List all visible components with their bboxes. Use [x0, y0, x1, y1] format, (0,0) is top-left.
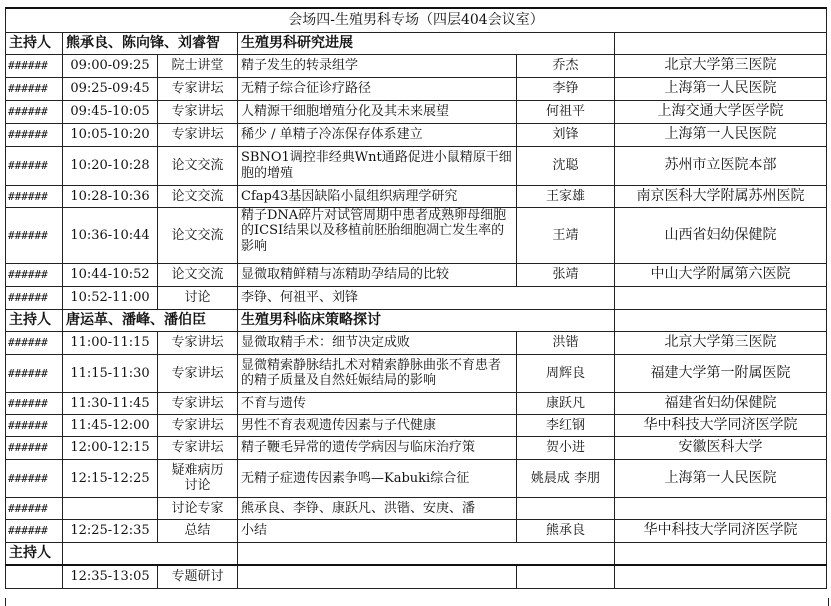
empty-cell[interactable]	[615, 32, 827, 54]
institution-cell[interactable]: 华中科技大学同济医学院	[615, 414, 827, 436]
type-cell[interactable]: 专家讲坛	[158, 100, 238, 123]
date-cell[interactable]: ######	[6, 331, 63, 354]
date-cell[interactable]: ######	[6, 436, 63, 459]
session-topic[interactable]	[238, 542, 615, 565]
time-cell[interactable]: 11:15-11:30	[63, 354, 158, 392]
schedule-table: 会场四-生殖男科专场（四层404会议室） 主持人 熊承良、陈向锋、刘睿智 生殖男…	[5, 7, 827, 589]
host-row: 主持人 熊承良、陈向锋、刘睿智 生殖男科研究进展	[6, 32, 827, 54]
table-row: ###### 12:25-12:35 总结 小结 熊承良 华中科技大学同济医学院	[6, 519, 827, 542]
title-row: 会场四-生殖男科专场（四层404会议室）	[6, 8, 827, 32]
type-cell[interactable]: 专家讲坛	[158, 392, 238, 414]
table-row: ###### 10:44-10:52 论文交流 显微取精鲜精与冻精助孕结局的比较…	[6, 263, 827, 286]
type-cell[interactable]: 论文交流	[158, 207, 238, 263]
time-cell[interactable]: 10:36-10:44	[63, 207, 158, 263]
empty-cell[interactable]	[615, 309, 827, 331]
table-row: ###### 09:00-09:25 院士讲堂 精子发生的转录组学 乔杰 北京大…	[6, 54, 827, 77]
date-cell[interactable]: ######	[6, 414, 63, 436]
type-cell[interactable]: 院士讲堂	[158, 54, 238, 77]
date-cell[interactable]: ######	[6, 100, 63, 123]
institution-cell[interactable]: 上海第一人民医院	[615, 123, 827, 146]
institution-cell[interactable]: 苏州市立医院本部	[615, 146, 827, 185]
title-cell[interactable]: 显微取精鲜精与冻精助孕结局的比较	[238, 263, 517, 286]
type-cell[interactable]: 疑难病历讨论	[158, 459, 238, 497]
type-cell[interactable]: 专家讲坛	[158, 414, 238, 436]
type-cell[interactable]: 论文交流	[158, 263, 238, 286]
title-cell[interactable]: SBNO1调控非经典Wnt通路促进小鼠精原干细胞的增殖	[238, 146, 517, 185]
title-cell[interactable]: 稀少 / 单精子冷冻保存体系建立	[238, 123, 517, 146]
institution-cell[interactable]: 上海第一人民医院	[615, 77, 827, 100]
speaker-cell[interactable]: 李铮	[517, 77, 615, 100]
speaker-cell[interactable]: 王靖	[517, 207, 615, 263]
date-cell[interactable]: ######	[6, 207, 63, 263]
host-label[interactable]: 主持人	[6, 32, 63, 54]
empty-cell[interactable]	[615, 542, 827, 565]
type-cell[interactable]: 总结	[158, 519, 238, 542]
institution-cell[interactable]: 山西省妇幼保健院	[615, 207, 827, 263]
sheet-continuation	[5, 598, 829, 606]
time-cell[interactable]: 12:25-12:35	[63, 519, 158, 542]
title-cell[interactable]: 人精源干细胞增殖分化及其未来展望	[238, 100, 517, 123]
date-cell[interactable]: ######	[6, 263, 63, 286]
venue-title[interactable]: 会场四-生殖男科专场（四层404会议室）	[6, 8, 827, 32]
time-cell[interactable]: 10:20-10:28	[63, 146, 158, 185]
type-cell[interactable]: 专题研讨	[158, 565, 238, 588]
title-cell[interactable]: 精子鞭毛异常的遗传学病因与临床治疗策	[238, 436, 517, 459]
institution-cell[interactable]: 福建省妇幼保健院	[615, 392, 827, 414]
table-row: ###### 12:00-12:15 专家讲坛 精子鞭毛异常的遗传学病因与临床治…	[6, 436, 827, 459]
institution-cell[interactable]: 上海交通大学医学院	[615, 100, 827, 123]
date-cell[interactable]: ######	[6, 392, 63, 414]
time-cell[interactable]: 11:30-11:45	[63, 392, 158, 414]
type-cell[interactable]: 专家讲坛	[158, 354, 238, 392]
institution-cell[interactable]: 上海第一人民医院	[615, 459, 827, 497]
time-cell[interactable]: 10:28-10:36	[63, 185, 158, 207]
speaker-cell[interactable]: 周辉良	[517, 354, 615, 392]
table-row: ###### 10:05-10:20 专家讲坛 稀少 / 单精子冷冻保存体系建立…	[6, 123, 827, 146]
institution-cell[interactable]: 北京大学第三医院	[615, 331, 827, 354]
table-row: ###### 09:45-10:05 专家讲坛 人精源干细胞增殖分化及其未来展望…	[6, 100, 827, 123]
time-cell[interactable]	[63, 497, 158, 519]
table-row: ###### 10:52-11:00 讨论 李铮、何祖平、刘锋	[6, 286, 827, 309]
speaker-cell[interactable]: 王家雄	[517, 185, 615, 207]
title-cell[interactable]: 小结	[238, 519, 517, 542]
time-cell[interactable]: 12:00-12:15	[63, 436, 158, 459]
date-cell[interactable]: ######	[6, 77, 63, 100]
date-cell[interactable]: ######	[6, 354, 63, 392]
speaker-cell[interactable]: 熊承良	[517, 519, 615, 542]
table-row: ###### 11:30-11:45 专家讲坛 不育与遗传 康跃凡 福建省妇幼保…	[6, 392, 827, 414]
type-cell[interactable]: 专家讲坛	[158, 436, 238, 459]
time-cell[interactable]: 09:45-10:05	[63, 100, 158, 123]
speaker-cell[interactable]	[517, 497, 615, 519]
type-cell[interactable]: 论文交流	[158, 185, 238, 207]
host-row: 主持人 唐运革、潘峰、潘伯臣 生殖男科临床策略探讨	[6, 309, 827, 331]
table-row: ###### 12:15-12:25 疑难病历讨论 无精子症遗传因素争鸣—Kab…	[6, 459, 827, 497]
host-label[interactable]: 主持人	[6, 309, 63, 331]
speaker-cell[interactable]: 何祖平	[517, 100, 615, 123]
speaker-cell[interactable]: 乔杰	[517, 54, 615, 77]
session-topic[interactable]: 生殖男科临床策略探讨	[238, 309, 615, 331]
institution-cell[interactable]	[615, 286, 827, 309]
speaker-cell[interactable]: 沈聪	[517, 146, 615, 185]
date-cell[interactable]: ######	[6, 146, 63, 185]
type-cell[interactable]: 专家讲坛	[158, 331, 238, 354]
table-row: ###### 10:20-10:28 论文交流 SBNO1调控非经典Wnt通路促…	[6, 146, 827, 185]
date-cell[interactable]	[6, 565, 63, 588]
date-cell[interactable]: ######	[6, 123, 63, 146]
type-cell[interactable]: 讨论专家	[158, 497, 238, 519]
institution-cell[interactable]: 南京医科大学附属苏州医院	[615, 185, 827, 207]
institution-cell[interactable]: 华中科技大学同济医学院	[615, 519, 827, 542]
host-row: 主持人	[6, 542, 827, 565]
institution-cell[interactable]	[615, 565, 827, 588]
speaker-cell[interactable]: 李红钢	[517, 414, 615, 436]
title-cell[interactable]: 显微精索静脉结扎术对精索静脉曲张不育患者的精子质量及自然妊娠结局的影响	[238, 354, 517, 392]
time-cell[interactable]: 09:00-09:25	[63, 54, 158, 77]
host-names[interactable]: 唐运革、潘峰、潘伯臣	[63, 309, 238, 331]
host-names[interactable]: 熊承良、陈向锋、刘睿智	[63, 32, 238, 54]
title-cell[interactable]: Cfap43基因缺陷小鼠组织病理学研究	[238, 185, 517, 207]
time-cell[interactable]: 10:44-10:52	[63, 263, 158, 286]
time-cell[interactable]: 09:25-09:45	[63, 77, 158, 100]
date-cell[interactable]: ######	[6, 286, 63, 309]
time-cell[interactable]: 12:15-12:25	[63, 459, 158, 497]
type-cell[interactable]: 专家讲坛	[158, 77, 238, 100]
title-cell[interactable]: 熊承良、李铮、康跃凡、洪锴、安庚、潘	[238, 497, 517, 519]
table-row: ###### 11:15-11:30 专家讲坛 显微精索静脉结扎术对精索静脉曲张…	[6, 354, 827, 392]
speaker-cell[interactable]: 康跃凡	[517, 392, 615, 414]
table-row: 12:35-13:05 专题研讨	[6, 565, 827, 588]
date-cell[interactable]: ######	[6, 185, 63, 207]
institution-cell[interactable]	[615, 497, 827, 519]
table-row: ###### 10:28-10:36 论文交流 Cfap43基因缺陷小鼠组织病理…	[6, 185, 827, 207]
type-cell[interactable]: 论文交流	[158, 146, 238, 185]
speaker-cell[interactable]: 洪锴	[517, 331, 615, 354]
title-cell[interactable]: 精子DNA碎片对试管周期中患者成熟卵母细胞的ICSI结果以及移植前胚胎细胞凋亡发…	[238, 207, 517, 263]
date-cell[interactable]: ######	[6, 459, 63, 497]
speaker-cell[interactable]: 张靖	[517, 263, 615, 286]
type-cell[interactable]: 专家讲坛	[158, 123, 238, 146]
table-row: ###### 11:00-11:15 专家讲坛 显微取精手术：细节决定成败 洪锴…	[6, 331, 827, 354]
time-cell[interactable]: 11:00-11:15	[63, 331, 158, 354]
table-row: ###### 讨论专家 熊承良、李铮、康跃凡、洪锴、安庚、潘	[6, 497, 827, 519]
date-cell[interactable]: ######	[6, 54, 63, 77]
title-cell[interactable]: 不育与遗传	[238, 392, 517, 414]
session-topic[interactable]: 生殖男科研究进展	[238, 32, 615, 54]
table-row: ###### 11:45-12:00 专家讲坛 男性不育表观遗传因素与子代健康 …	[6, 414, 827, 436]
date-cell[interactable]: ######	[6, 519, 63, 542]
title-cell[interactable]: 精子发生的转录组学	[238, 54, 517, 77]
speaker-cell[interactable]	[517, 565, 615, 588]
title-cell[interactable]: 男性不育表观遗传因素与子代健康	[238, 414, 517, 436]
host-names[interactable]	[63, 542, 238, 565]
type-cell[interactable]: 讨论	[158, 286, 238, 309]
time-cell[interactable]: 11:45-12:00	[63, 414, 158, 436]
title-cell[interactable]: 李铮、何祖平、刘锋	[238, 286, 615, 309]
institution-cell[interactable]: 福建大学第一附属医院	[615, 354, 827, 392]
host-label[interactable]: 主持人	[6, 542, 63, 565]
speaker-cell[interactable]: 刘锋	[517, 123, 615, 146]
institution-cell[interactable]: 北京大学第三医院	[615, 54, 827, 77]
table-row: ###### 10:36-10:44 论文交流 精子DNA碎片对试管周期中患者成…	[6, 207, 827, 263]
title-cell[interactable]: 无精子综合征诊疗路径	[238, 77, 517, 100]
title-cell[interactable]	[238, 565, 517, 588]
time-cell[interactable]: 10:52-11:00	[63, 286, 158, 309]
table-row: ###### 09:25-09:45 专家讲坛 无精子综合征诊疗路径 李铮 上海…	[6, 77, 827, 100]
date-cell[interactable]: ######	[6, 497, 63, 519]
schedule-sheet: 会场四-生殖男科专场（四层404会议室） 主持人 熊承良、陈向锋、刘睿智 生殖男…	[5, 7, 827, 589]
title-cell[interactable]: 显微取精手术：细节决定成败	[238, 331, 517, 354]
institution-cell[interactable]: 中山大学附属第六医院	[615, 263, 827, 286]
speaker-cell[interactable]: 姚晨成 李朋	[517, 459, 615, 497]
institution-cell[interactable]: 安徽医科大学	[615, 436, 827, 459]
title-cell[interactable]: 无精子症遗传因素争鸣—Kabuki综合征	[238, 459, 517, 497]
time-cell[interactable]: 12:35-13:05	[63, 565, 158, 588]
speaker-cell[interactable]: 贺小进	[517, 436, 615, 459]
time-cell[interactable]: 10:05-10:20	[63, 123, 158, 146]
